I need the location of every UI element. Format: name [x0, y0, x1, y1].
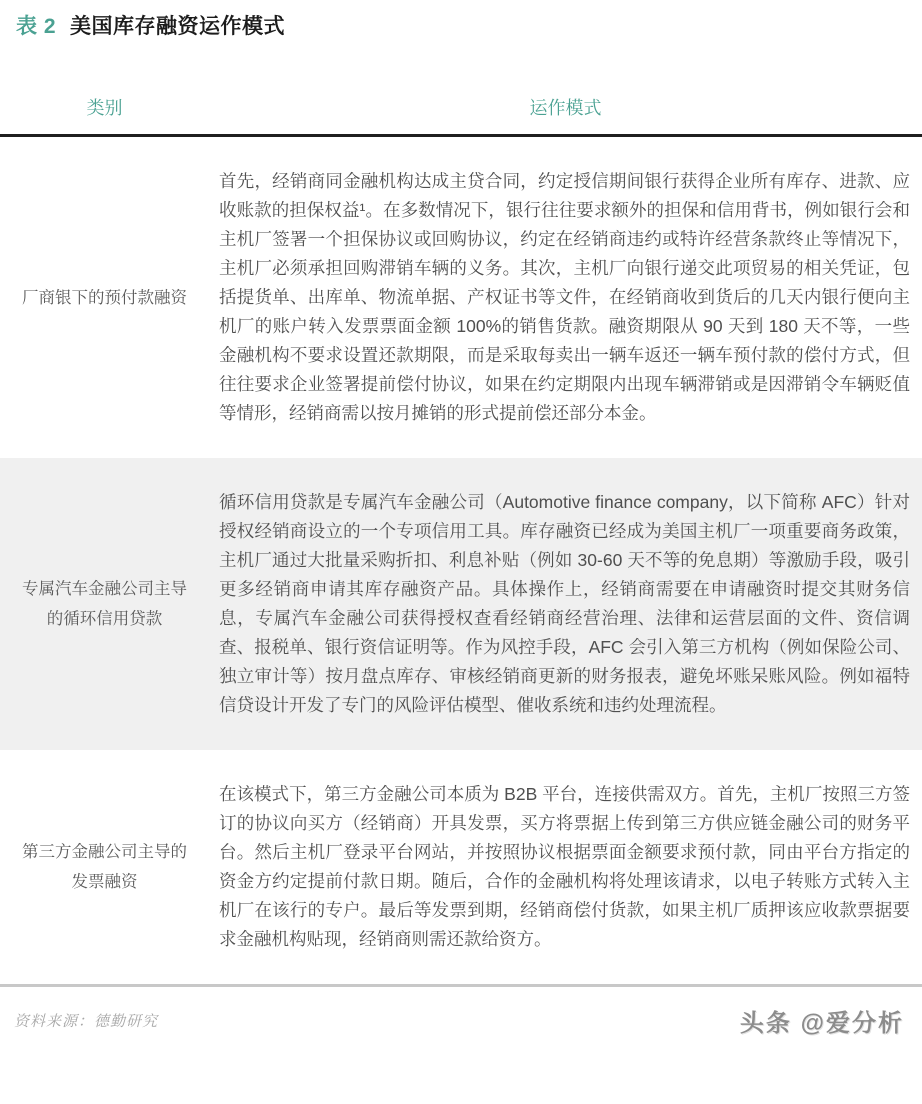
- category-label: 厂商银下的预付款融资: [19, 283, 190, 313]
- category-label: 第三方金融公司主导的发票融资: [19, 837, 190, 897]
- mode-text: 首先，经销商同金融机构达成主贷合同，约定授信期间银行获得企业所有库存、进款、应收…: [209, 137, 922, 458]
- mode-text: 循环信用贷款是专属汽车金融公司（Automotive finance compa…: [209, 458, 922, 750]
- page-title: 美国库存融资运作模式: [70, 15, 285, 38]
- source-note: 资料来源：德勤研究: [14, 1010, 158, 1031]
- document-page: 表 2美国库存融资运作模式 类别 运作模式 厂商银下的预付款融资 首先，经销商同…: [0, 0, 922, 1038]
- category-label: 专属汽车金融公司主导的循环信用贷款: [19, 574, 190, 634]
- column-header-category: 类别: [0, 94, 209, 120]
- table-row-captive-finance-revolving-credit: 专属汽车金融公司主导的循环信用贷款 循环信用贷款是专属汽车金融公司（Automo…: [0, 458, 922, 750]
- category-cell: 厂商银下的预付款融资: [0, 137, 209, 458]
- mode-text: 在该模式下，第三方金融公司本质为 B2B 平台，连接供需双方。首先，主机厂按照三…: [209, 750, 922, 984]
- table-title: 表 2美国库存融资运作模式: [0, 8, 922, 40]
- table-number-tag: 表 2: [16, 15, 56, 38]
- table-row-manufacturer-bank-prepayment: 厂商银下的预付款融资 首先，经销商同金融机构达成主贷合同，约定授信期间银行获得企…: [0, 137, 922, 458]
- watermark-logo: 头条 @爱分析: [740, 1003, 904, 1038]
- column-header-mode: 运作模式: [209, 94, 922, 120]
- table-header-row: 类别 运作模式: [0, 94, 922, 137]
- category-cell: 专属汽车金融公司主导的循环信用贷款: [0, 458, 209, 750]
- table-row-third-party-invoice-financing: 第三方金融公司主导的发票融资 在该模式下，第三方金融公司本质为 B2B 平台，连…: [0, 750, 922, 984]
- footer: 资料来源：德勤研究 头条 @爱分析: [0, 987, 922, 1038]
- category-cell: 第三方金融公司主导的发票融资: [0, 750, 209, 984]
